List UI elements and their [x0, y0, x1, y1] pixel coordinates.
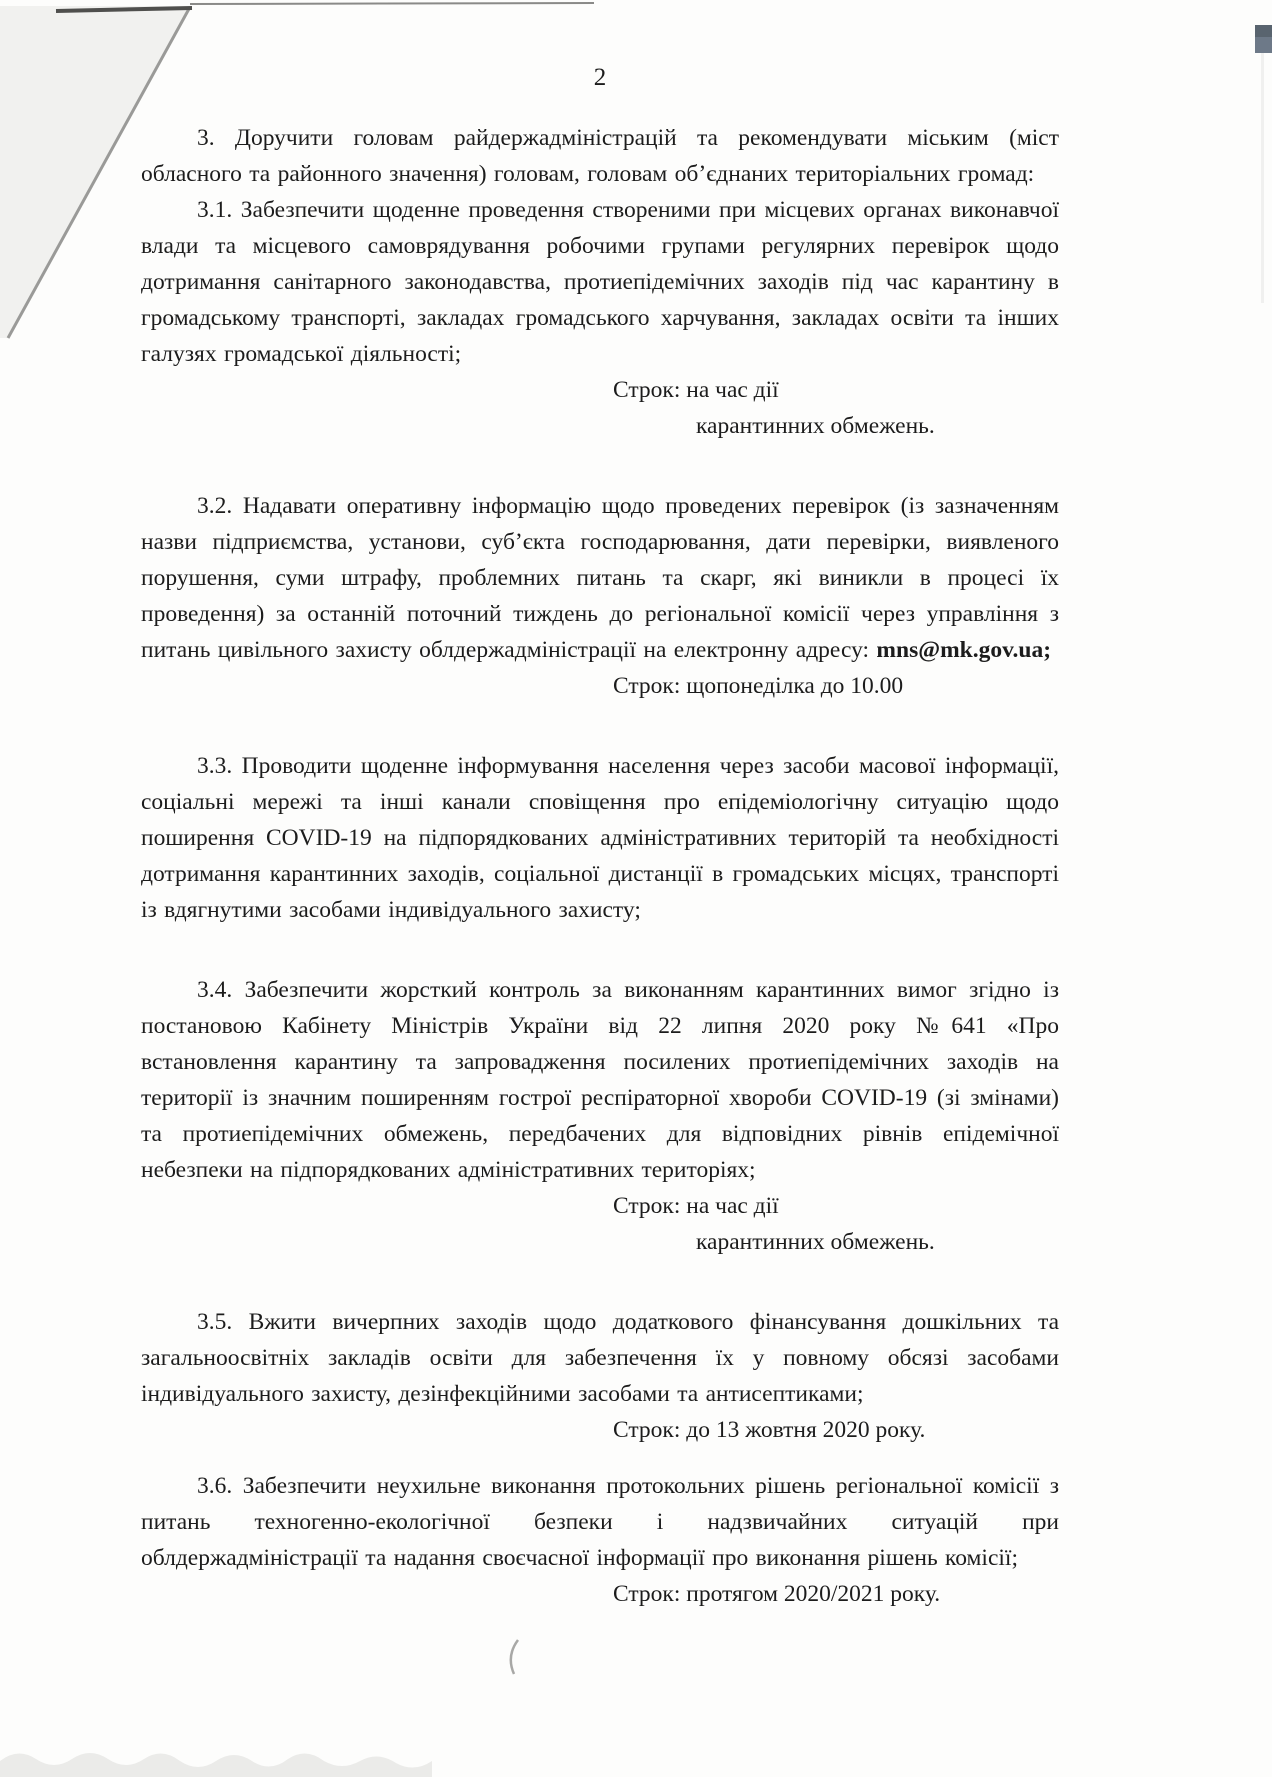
document-page: 2 3. Доручити головам райдержадміністрац… — [0, 0, 1272, 1777]
right-edge-scan-mark — [1255, 25, 1272, 53]
document-body: 3. Доручити головам райдержадміністрацій… — [141, 120, 1059, 1612]
paragraph-3-5: 3.5. Вжити вичерпних заходів щодо додатк… — [141, 1304, 1059, 1412]
page-number: 2 — [141, 62, 1059, 94]
term-line: карантинних обмежень. — [696, 1224, 1059, 1260]
term-line: Строк: до 13 жовтня 2020 року. — [613, 1412, 1059, 1448]
right-edge-faint-streak — [1261, 53, 1264, 303]
paragraph-3: 3. Доручити головам райдержадміністрацій… — [141, 120, 1059, 192]
paragraph-3-4: 3.4. Забезпечити жорсткий контроль за ви… — [141, 972, 1059, 1188]
faint-ink-smudge — [511, 1640, 518, 1674]
term-block-3-2: Строк: щопонеділка до 10.00 — [613, 668, 1059, 704]
term-block-3-5: Строк: до 13 жовтня 2020 року. — [613, 1412, 1059, 1448]
email-address: mns@mk.gov.ua — [876, 637, 1043, 663]
right-edge-scan-mark-top — [1255, 25, 1272, 37]
term-block-3-6: Строк: протягом 2020/2021 року. — [613, 1576, 1059, 1612]
paragraph-3-3: 3.3. Проводити щоденне інформування насе… — [141, 748, 1059, 928]
term-line: Строк: на час дії — [613, 372, 1059, 408]
term-line: Строк: щопонеділка до 10.00 — [613, 668, 1059, 704]
bottom-ghost-bumps — [0, 1753, 432, 1777]
term-line: Строк: на час дії — [613, 1188, 1059, 1224]
top-edge-dark-line — [56, 8, 192, 11]
paragraph-3-1: 3.1. Забезпечити щоденне проведення ство… — [141, 192, 1059, 372]
paragraph-3-2-tail: ; — [1043, 637, 1051, 663]
term-block-3-4: Строк: на час дії карантинних обмежень. — [613, 1188, 1059, 1260]
term-block-3-1: Строк: на час дії карантинних обмежень. — [613, 372, 1059, 444]
term-line: Строк: протягом 2020/2021 року. — [613, 1576, 1059, 1612]
paragraph-3-2: 3.2. Надавати оперативну інформацію щодо… — [141, 488, 1059, 668]
top-edge-thin-line — [190, 3, 594, 4]
paragraph-3-6: 3.6. Забезпечити неухильне виконання про… — [141, 1468, 1059, 1576]
term-line: карантинних обмежень. — [696, 408, 1059, 444]
